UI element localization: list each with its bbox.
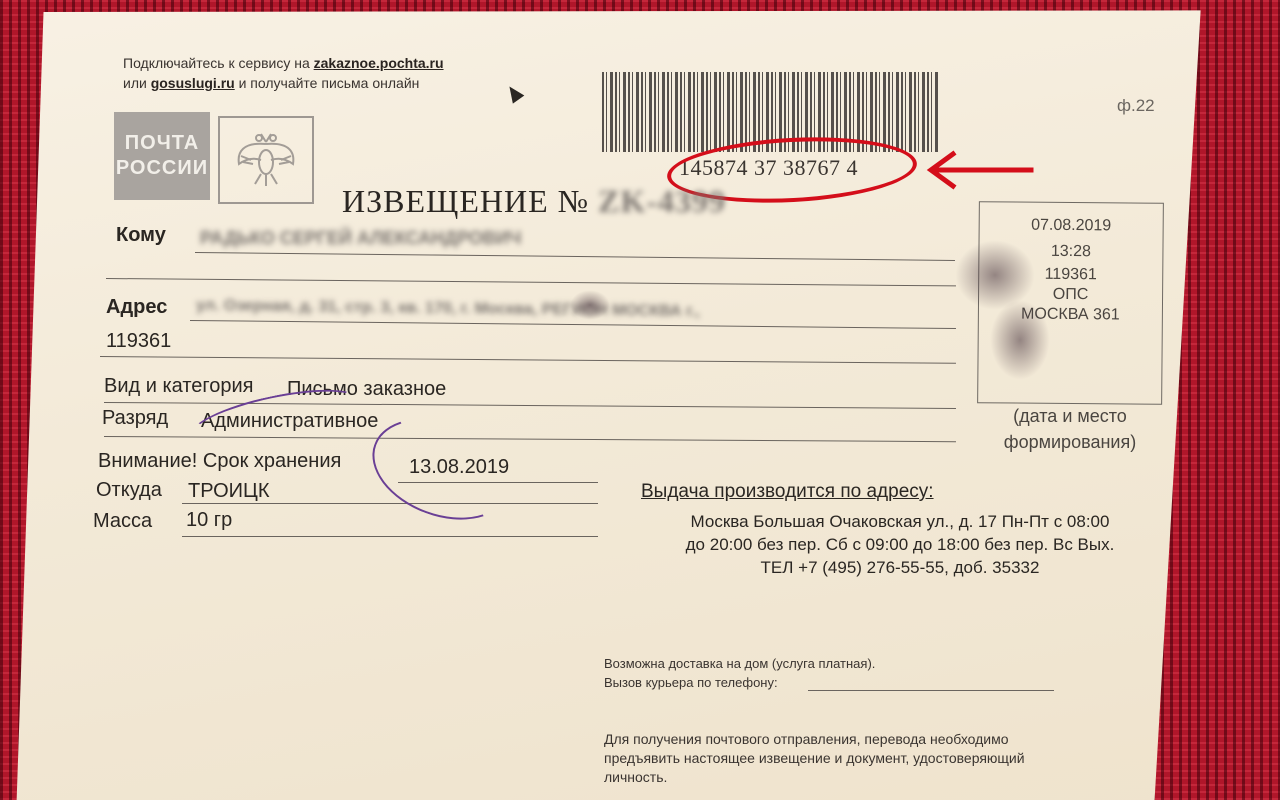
to-value-redacted: РАДЬКО СЕРГЕЙ АЛЕКСАНДРОВИЧ	[200, 228, 521, 249]
promo-line2-suffix: и получайте письма онлайн	[235, 75, 420, 91]
form-number: ф.22	[1117, 96, 1155, 116]
stamp-date: 07.08.2019	[980, 212, 1163, 240]
to-underline	[195, 252, 955, 261]
pickup-line1: Москва Большая Очаковская ул., д. 17 Пн-…	[640, 510, 1160, 533]
address-value-redacted: ул. Озерная, д. 31, стр. 3, кв. 170, г. …	[196, 297, 700, 321]
weight-underline	[182, 536, 598, 537]
weight-value: 10 гр	[186, 509, 232, 532]
pickup-phone: ТЕЛ +7 (495) 276-55-55, доб. 35332	[640, 556, 1160, 579]
address-label: Адрес	[106, 296, 167, 319]
footer-line2: предъявить настоящее извещение и докумен…	[604, 749, 1025, 768]
stamp-caption: (дата и место формирования)	[985, 403, 1155, 455]
pickup-line2: до 20:00 без пер. Сб с 09:00 до 18:00 бе…	[640, 533, 1160, 556]
to-underline-2	[106, 278, 956, 286]
id-requirement-note: Для получения почтового отправления, пер…	[604, 730, 1025, 787]
to-label: Кому	[116, 224, 166, 247]
stamp-caption-line2: формирования)	[985, 429, 1155, 455]
title-text: ИЗВЕЩЕНИЕ №	[342, 183, 589, 219]
gosuslugi-link[interactable]: gosuslugi.ru	[151, 75, 235, 91]
postcode-underline	[100, 356, 956, 364]
promo-text: Подключайтесь к сервису на zakaznoe.poch…	[123, 53, 444, 93]
logo-line1: ПОЧТА	[114, 131, 210, 156]
ink-stain-2	[990, 300, 1050, 380]
notice-number-redacted: ZK-4399	[598, 183, 726, 219]
logo-line2: РОССИИ	[114, 156, 210, 181]
home-delivery-note: Возможна доставка на дом (услуга платная…	[604, 654, 875, 674]
from-underline	[182, 503, 598, 504]
cursor-icon	[504, 82, 525, 103]
arrow-left-icon	[925, 150, 1035, 190]
pochta-rossii-logo: ПОЧТА РОССИИ	[114, 112, 210, 200]
courier-call-label: Вызов курьера по телефону:	[604, 673, 778, 693]
notice-title: ИЗВЕЩЕНИЕ № ZK-4399	[342, 183, 726, 220]
footer-line1: Для получения почтового отправления, пер…	[604, 730, 1025, 749]
category-label: Разряд	[102, 407, 168, 430]
pickup-address: Москва Большая Очаковская ул., д. 17 Пн-…	[640, 510, 1160, 579]
weight-label: Масса	[93, 510, 152, 533]
storage-label: Внимание! Срок хранения	[98, 450, 341, 473]
footer-line3: личность.	[604, 768, 1025, 787]
postcode: 119361	[106, 330, 171, 353]
pen-mark-2	[358, 400, 525, 538]
promo-line1: Подключайтесь к сервису на	[123, 55, 314, 71]
notice-paper: Подключайтесь к сервису на zakaznoe.poch…	[0, 0, 1280, 800]
address-underline	[190, 320, 956, 329]
stamp-caption-line1: (дата и место	[985, 403, 1155, 429]
kind-label: Вид и категория	[104, 375, 254, 398]
promo-line2-prefix: или	[123, 75, 151, 91]
ink-stain-3	[570, 290, 610, 320]
pickup-heading: Выдача производится по адресу:	[641, 481, 934, 503]
double-headed-eagle-icon	[218, 116, 314, 204]
zakaznoe-link[interactable]: zakaznoe.pochta.ru	[314, 55, 444, 71]
from-value: ТРОИЦК	[188, 480, 270, 503]
courier-phone-field	[808, 690, 1054, 691]
from-label: Откуда	[96, 479, 162, 502]
